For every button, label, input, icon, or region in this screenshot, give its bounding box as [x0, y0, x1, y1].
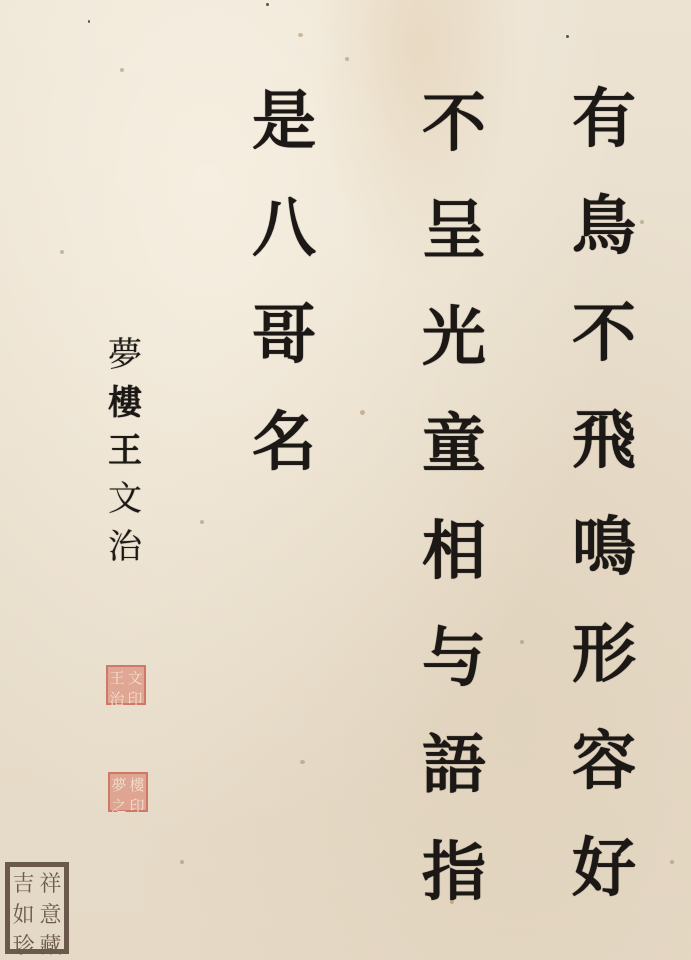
poem-char: 形 [572, 623, 636, 687]
paper-speck [120, 68, 124, 72]
paper-speck [520, 640, 524, 644]
poem-column-1: 有 鳥 不 飛 鳴 形 容 好 [572, 88, 636, 944]
poem-char: 不 [422, 92, 486, 156]
poem-column-2: 不 呈 光 童 相 与 語 指 [422, 92, 486, 948]
paper-speck [298, 33, 303, 37]
seal-char: 吉 [12, 867, 34, 898]
artist-seal-2: 夢 樓 之 印 [108, 772, 148, 812]
seal-char: 夢 [111, 774, 126, 795]
seal-char: 意 [39, 898, 61, 929]
poem-char: 与 [422, 627, 486, 691]
poem-char: 有 [572, 88, 636, 152]
poem-char: 呈 [422, 199, 486, 263]
signature-char: 夢 [108, 338, 142, 372]
paper-speck [670, 860, 674, 864]
paper-speck [266, 3, 269, 6]
poem-char: 鳥 [572, 195, 636, 259]
artist-signature: 夢 樓 王 文 治 [108, 338, 142, 578]
poem-char: 不 [572, 302, 636, 366]
poem-char: 名 [252, 411, 316, 475]
seal-char: 文 [127, 667, 142, 688]
poem-char: 光 [422, 306, 486, 370]
seal-char: 祥 [39, 867, 61, 898]
poem-char: 童 [422, 413, 486, 477]
paper-speck [566, 35, 569, 38]
seal-char: 樓 [129, 774, 144, 795]
poem-column-3: 是 八 哥 名 [252, 90, 316, 518]
calligraphy-leaf: 有 鳥 不 飛 鳴 形 容 好 不 呈 光 童 相 与 語 指 是 八 哥 名 … [0, 0, 691, 960]
poem-char: 八 [252, 197, 316, 261]
collector-seal: 吉 祥 如 意 珍 藏 [5, 862, 69, 954]
signature-char: 治 [108, 530, 142, 564]
paper-speck [360, 410, 365, 415]
paper-speck [300, 760, 305, 764]
paper-speck [60, 250, 64, 254]
paper-speck [200, 520, 204, 524]
seal-char: 藏 [39, 929, 61, 960]
signature-char: 樓 [108, 386, 142, 420]
poem-char: 哥 [252, 304, 316, 368]
poem-char: 鳴 [572, 516, 636, 580]
seal-char: 之 [111, 795, 126, 816]
poem-char: 容 [572, 730, 636, 794]
signature-char: 文 [108, 482, 142, 516]
seal-char: 王 [109, 667, 124, 688]
poem-char: 是 [252, 90, 316, 154]
poem-char: 飛 [572, 409, 636, 473]
paper-speck [640, 220, 644, 224]
artist-seal-1: 王 文 治 印 [106, 665, 146, 705]
paper-speck [345, 57, 349, 61]
seal-char: 印 [127, 688, 142, 709]
seal-char: 印 [129, 795, 144, 816]
paper-speck [180, 860, 184, 864]
signature-char: 王 [108, 434, 142, 468]
poem-char: 相 [422, 520, 486, 584]
seal-char: 如 [12, 898, 34, 929]
poem-char: 語 [422, 734, 486, 798]
seal-char: 珍 [12, 929, 34, 960]
poem-char: 好 [572, 837, 636, 901]
seal-char: 治 [109, 688, 124, 709]
paper-speck [88, 20, 90, 23]
poem-char: 指 [422, 841, 486, 905]
